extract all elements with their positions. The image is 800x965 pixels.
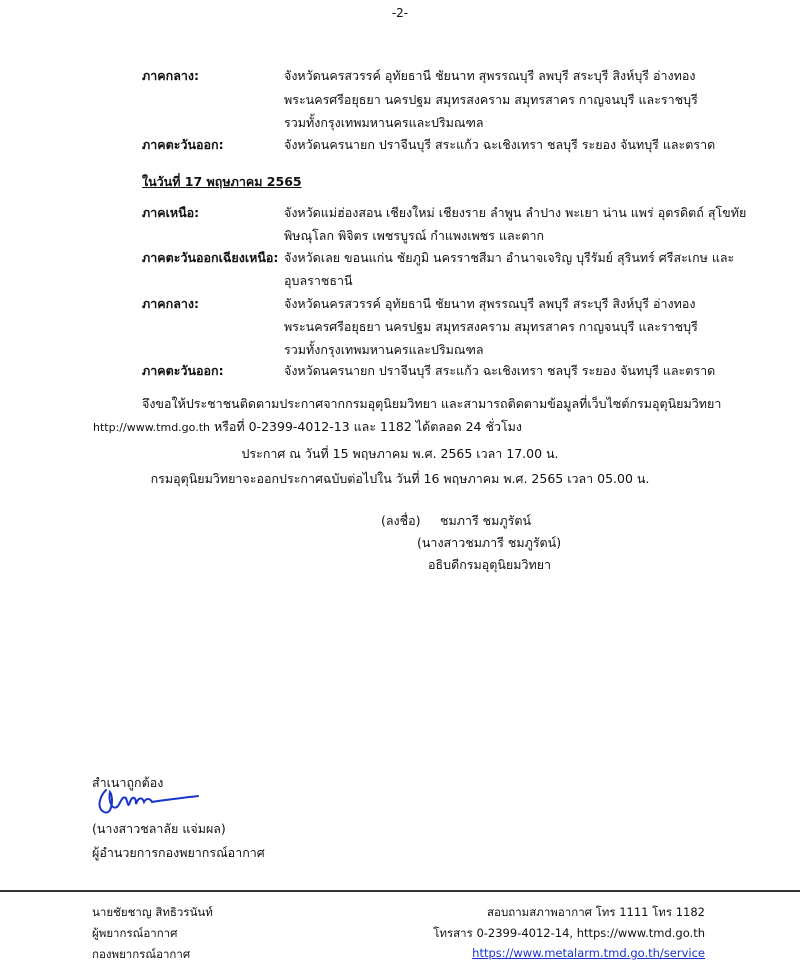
date-heading: ในวันที่ 17 พฤษภาคม 2565 <box>142 172 302 192</box>
region-provinces-line: พระนครศรีอยุธยา นครปฐม สมุทรสงคราม สมุทร… <box>284 90 698 110</box>
region-provinces-line: จังหวัดนครสวรรค์ อุทัยธานี ชัยนาท สุพรรณ… <box>284 294 695 314</box>
region-provinces-line: อุบลราชธานี <box>284 271 353 291</box>
region-provinces-line: จังหวัดนครสวรรค์ อุทัยธานี ชัยนาท สุพรรณ… <box>284 66 695 86</box>
certifier-position: ผู้อำนวยการกองพยากรณ์อากาศ <box>92 843 265 863</box>
certifier-name: (นางสาวชลาลัย แจ่มผล) <box>92 819 226 839</box>
forecaster-division: กองพยากรณ์อากาศ <box>92 946 190 964</box>
tmd-website-url: http://www.tmd.go.th <box>93 421 210 434</box>
region-provinces-line: จังหวัดแม่ฮ่องสอน เชียงใหม่ เชียงราย ลำพ… <box>284 203 746 223</box>
signed-name: ชมภารี ชมภูรัตน์ <box>440 511 531 531</box>
region-provinces-line: พิษณุโลก พิจิตร เพชรบูรณ์ กำแพงเพชร และต… <box>284 226 544 246</box>
forecaster-title: ผู้พยากรณ์อากาศ <box>92 925 177 943</box>
notice-contact-line: http://www.tmd.go.th หรือที่ 0-2399-4012… <box>93 417 522 437</box>
forecaster-name: นายชัยชาญ สิทธิวรนันท์ <box>92 904 213 922</box>
next-announcement: กรมอุตุนิยมวิทยาจะออกประกาศฉบับต่อไปใน ว… <box>0 469 800 489</box>
weather-hotline: สอบถามสภาพอากาศ โทร 1111 โทร 1182 <box>487 904 705 922</box>
metalarm-service-link[interactable]: https://www.metalarm.tmd.go.th/service <box>472 946 705 960</box>
page-number: -2- <box>0 6 800 20</box>
fax-and-website: โทรสาร 0-2399-4012-14, https://www.tmd.g… <box>433 925 705 943</box>
footer-divider <box>0 890 800 892</box>
region-label-central: ภาคกลาง: <box>142 66 199 86</box>
region-provinces-line: จังหวัดเลย ขอนแก่น ชัยภูมิ นครราชสีมา อำ… <box>284 248 734 268</box>
region-provinces-line: พระนครศรีอยุธยา นครปฐม สมุทรสงคราม สมุทร… <box>284 317 698 337</box>
region-provinces-line: รวมทั้งกรุงเทพมหานครและปริมณฑล <box>284 113 484 133</box>
issued-date: ประกาศ ณ วันที่ 15 พฤษภาคม พ.ศ. 2565 เวล… <box>0 444 800 464</box>
signatory-full-name: (นางสาวชมภารี ชมภูรัตน์) <box>417 533 561 553</box>
region-provinces-line: รวมทั้งกรุงเทพมหานครและปริมณฑล <box>284 340 484 360</box>
region-label-east: ภาคตะวันออก: <box>142 135 224 155</box>
region-label-north: ภาคเหนือ: <box>142 203 199 223</box>
handwritten-signature <box>92 786 202 818</box>
region-label-northeast: ภาคตะวันออกเฉียงเหนือ: <box>142 248 278 268</box>
region-label-east: ภาคตะวันออก: <box>142 361 224 381</box>
region-label-central: ภาคกลาง: <box>142 294 199 314</box>
signed-prefix: (ลงชื่อ) <box>381 511 421 531</box>
signatory-position: อธิบดีกรมอุตุนิยมวิทยา <box>428 555 551 575</box>
notice-contact-text: หรือที่ 0-2399-4012-13 และ 1182 ได้ตลอด … <box>210 419 522 434</box>
region-provinces-line: จังหวัดนครนายก ปราจีนบุรี สระแก้ว ฉะเชิง… <box>284 135 715 155</box>
region-provinces-line: จังหวัดนครนายก ปราจีนบุรี สระแก้ว ฉะเชิง… <box>284 361 715 381</box>
notice-paragraph: จึงขอให้ประชาชนติดตามประกาศจากกรมอุตุนิย… <box>142 394 721 414</box>
